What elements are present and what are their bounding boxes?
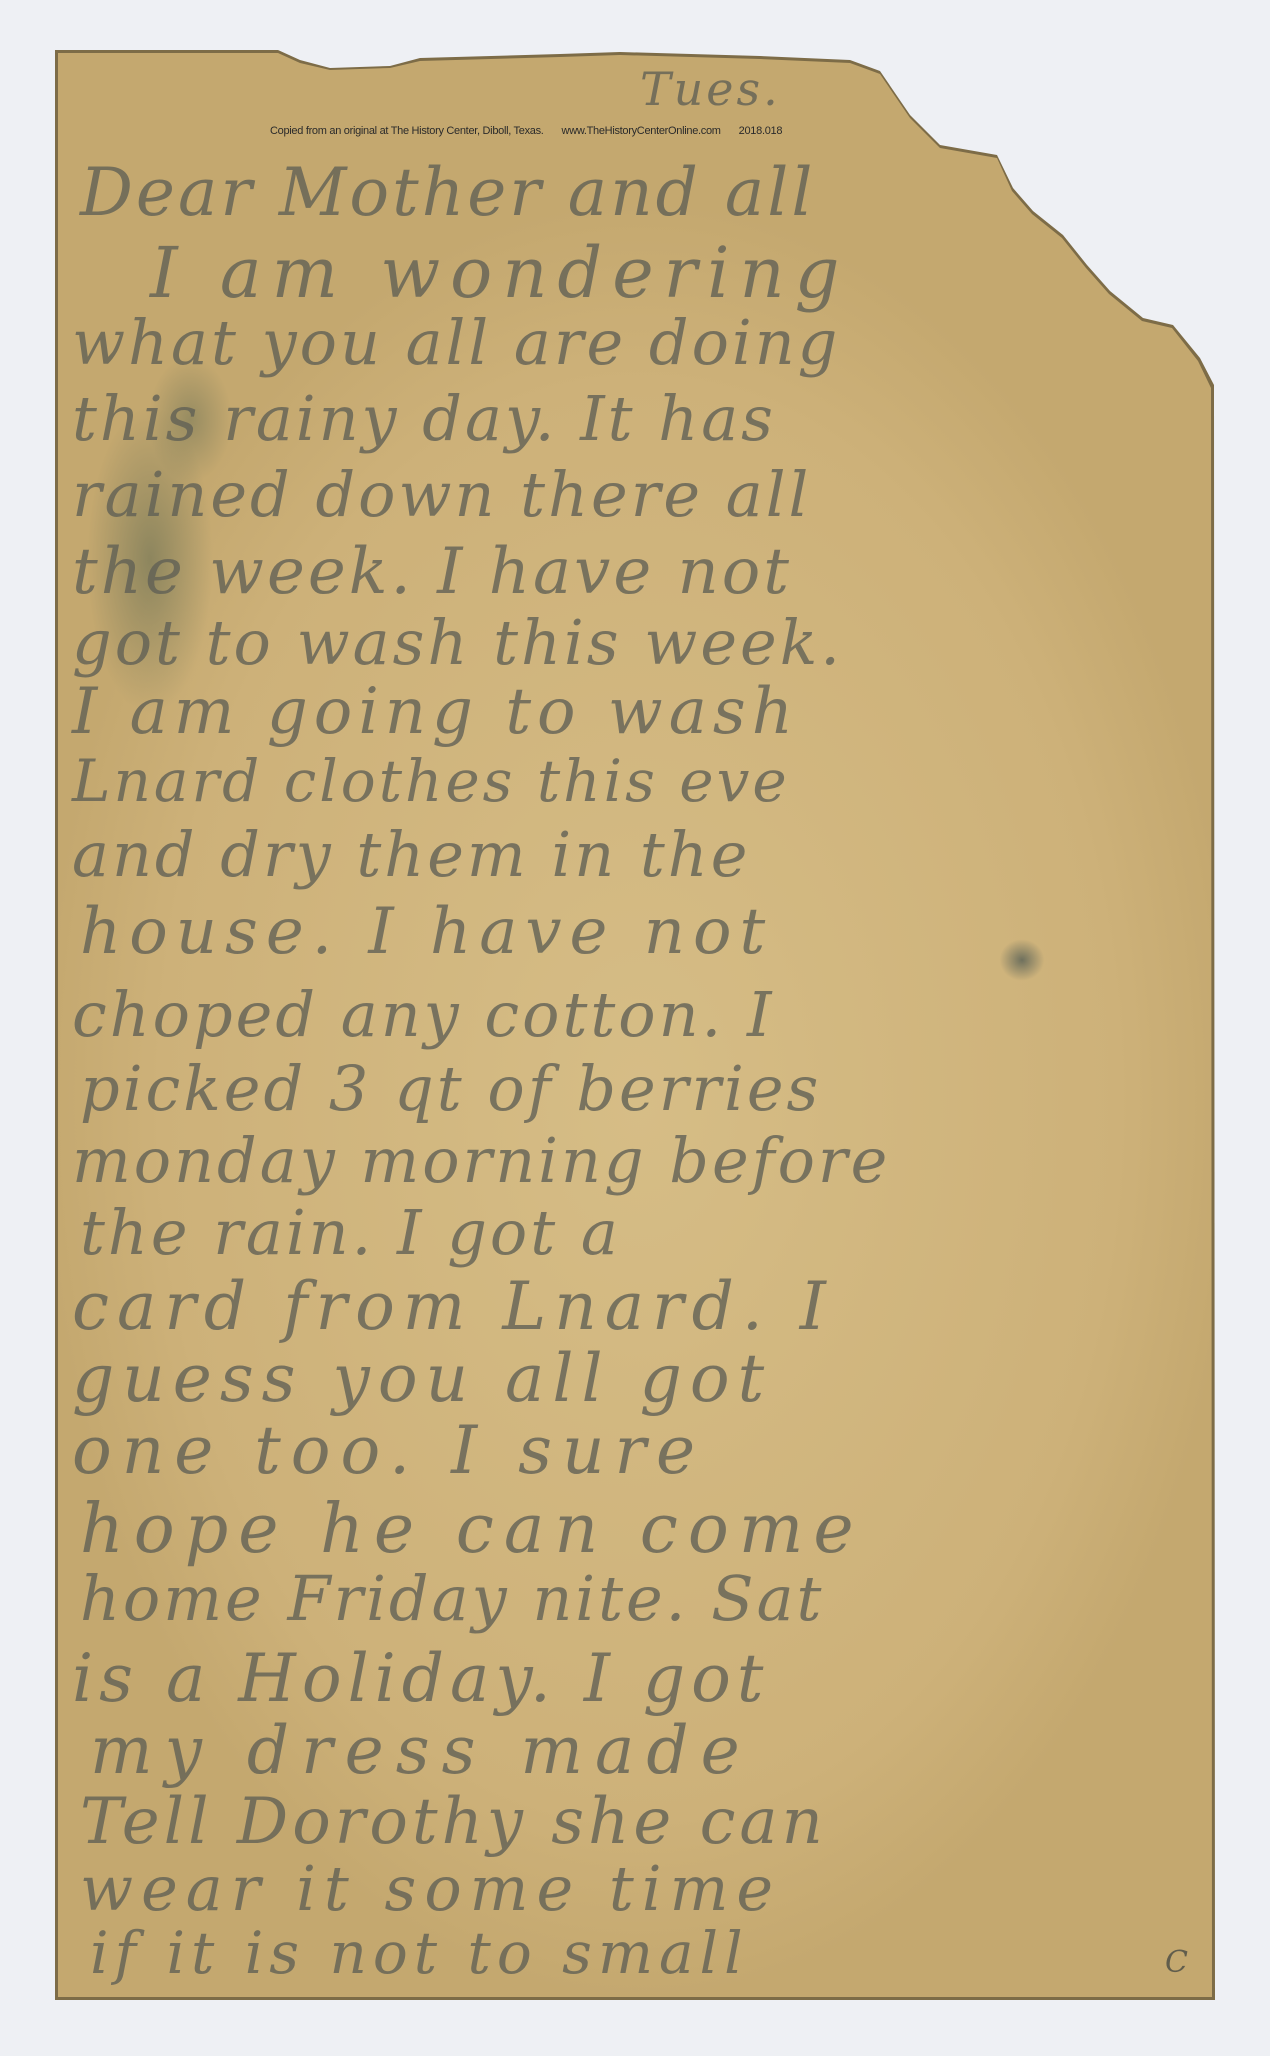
corner-mark: C [1165, 1945, 1188, 1980]
letter-line: wear it some time [80, 1858, 781, 1920]
letter-line: rained down there all [72, 464, 811, 526]
letter-line: hope he can come [80, 1496, 864, 1564]
letter-line: Lnard clothes this eve [72, 752, 790, 810]
letter-date: Tues. [640, 66, 781, 112]
letter-line: the week. I have not [72, 540, 792, 604]
watermark-accession: 2018.018 [739, 125, 782, 137]
letter-line: picked 3 qt of berries [80, 1058, 821, 1120]
letter-line: guess you all got [72, 1346, 772, 1412]
letter-line: house. I have not [80, 900, 773, 964]
letter-line: I am wondering [150, 238, 849, 308]
letter-line: my dress made [90, 1718, 752, 1784]
letter-line: monday morning before [72, 1130, 890, 1192]
letter-line: choped any cotton. I [72, 984, 774, 1046]
letter-line: one too. I sure [72, 1418, 705, 1484]
watermark-source: Copied from an original at The History C… [270, 125, 544, 137]
letter-line: I am going to wash [72, 680, 799, 744]
letter-line: Dear Mother and all [80, 160, 815, 226]
archive-watermark: Copied from an original at The History C… [270, 125, 1010, 137]
letter-line: got to wash this week. [72, 612, 843, 674]
letter-line: the rain. I got a [80, 1202, 621, 1264]
letter-line: what you all are doing [72, 312, 840, 374]
letter-line: and dry them in the [72, 824, 750, 886]
letter-line: if it is not to small [90, 1924, 749, 1982]
letter-line: this rainy day. It has [72, 388, 776, 450]
letter-line: home Friday nite. Sat [80, 1568, 824, 1630]
letter-line: Tell Dorothy she can [80, 1790, 827, 1854]
letter-line: card from Lnard. I [72, 1274, 834, 1340]
watermark-url: www.TheHistoryCenterOnline.com [562, 125, 721, 137]
letter-line: is a Holiday. I got [72, 1646, 769, 1712]
